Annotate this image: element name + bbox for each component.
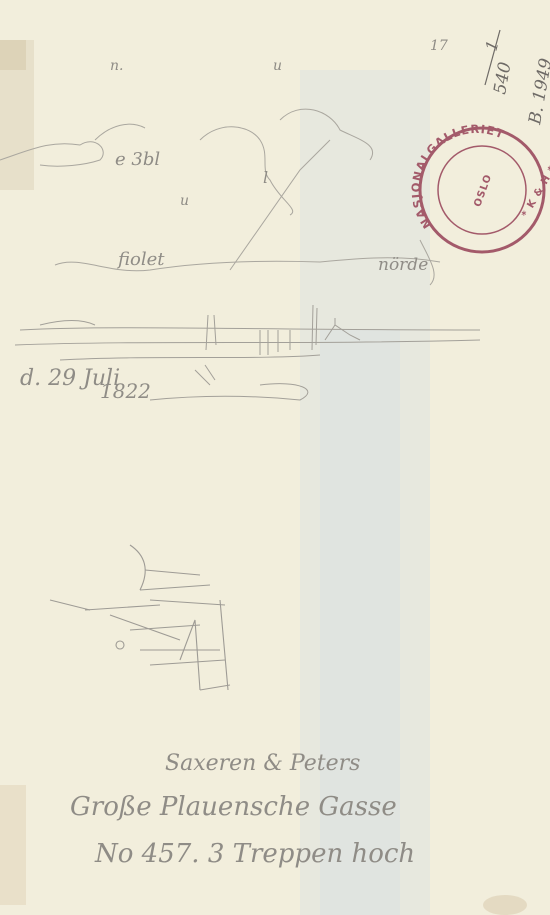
sketch-date-year: 1822 [100,379,151,403]
dealer-house-number: No 457. 3 Treppen hoch [94,839,415,869]
tape-remnant-bottom-left [0,785,26,905]
color-note-5: u [180,193,189,209]
sketch-canvas: n. u e 3bl l u fiolet nörde 17 d. 29 Jul… [0,0,550,915]
artwork-sheet: n. u e 3bl l u fiolet nörde 17 d. 29 Jul… [0,0,550,915]
svg-text:1: 1 [482,38,503,53]
dealer-name: Saxeren & Peters [165,751,360,776]
color-note-3: e 3bl [115,149,160,170]
color-note-7: nörde [378,255,428,275]
svg-text:* K & H *: * K & H * [520,164,550,220]
svg-text:540: 540 [490,60,515,96]
stain-bottom-right [483,895,527,915]
color-note-2: u [273,58,282,74]
dealer-street: Große Plauensche Gasse [70,792,397,822]
color-note-4: l [263,168,268,187]
inventory-number: 1 540 B. 1949 [482,30,550,127]
foreground-foliage-sketch [50,545,230,690]
corner-mark: 17 [430,38,448,54]
color-note-1: n. [110,58,123,74]
svg-text:B. 1949: B. 1949 [525,57,550,127]
color-note-6: fiolet [116,249,165,270]
svg-text:OSLO: OSLO [472,173,494,209]
